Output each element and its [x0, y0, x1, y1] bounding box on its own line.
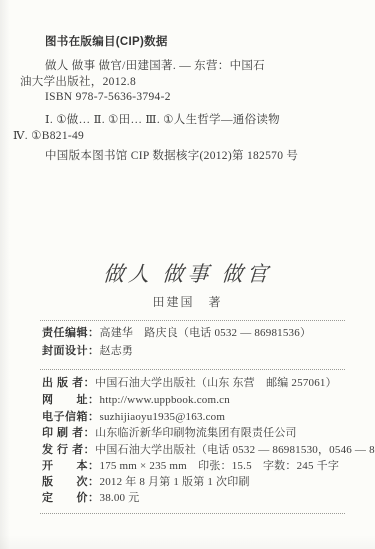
- colophon-row-email: 电子信箱：suzhijiaoyu1935@163.com: [42, 411, 225, 424]
- colophon-row-edition: 版 次：2012 年 8 月第 1 版第 1 次印刷: [42, 476, 250, 489]
- colophon-row-publisher: 出 版 者：中国石油大学出版社（山东 东营 邮编 257061）: [42, 377, 337, 390]
- dotted-divider-bottom: [40, 513, 345, 514]
- book-title: 做人 做事 做官: [0, 261, 375, 287]
- colophon-label: 网 址：: [42, 394, 100, 406]
- colophon-row-website: 网 址：http://www.uppbook.com.cn: [42, 394, 230, 407]
- staff-label: 封面设计：: [42, 345, 100, 357]
- colophon-value: 2012 年 8 月第 1 版第 1 次印刷: [100, 476, 250, 488]
- cip-classification-line2: Ⅳ. ①B821-49: [13, 130, 84, 143]
- colophon-label: 发 行 者：: [42, 444, 95, 456]
- colophon-label: 电子信箱：: [42, 411, 100, 423]
- colophon-value: 175 mm × 235 mm 印张：15.5 字数：245 千字: [100, 460, 340, 472]
- staff-row-cover-design: 封面设计：赵志勇: [42, 345, 133, 358]
- dotted-divider-top: [40, 320, 345, 321]
- colophon-row-price: 定 价：38.00 元: [42, 492, 139, 505]
- email-address: suzhijiaoyu1935@163.com: [100, 411, 226, 423]
- cip-heading: 图书在版编目(CIP)数据: [45, 36, 168, 49]
- cip-isbn: ISBN 978-7-5636-3794-2: [45, 91, 171, 104]
- staff-label: 责任编辑：: [42, 327, 100, 339]
- colophon-value: 山东临沂新华印刷物流集团有限责任公司: [95, 427, 297, 439]
- colophon-label: 开 本：: [42, 460, 100, 472]
- cip-classification-line1: Ⅰ. ①做… Ⅱ. ①田… Ⅲ. ①人生哲学—通俗读物: [45, 114, 280, 127]
- colophon-label: 印 刷 者：: [42, 427, 95, 439]
- staff-value: 高建华 路庆良（电话 0532 — 86981536）: [100, 327, 312, 339]
- staff-value: 赵志勇: [100, 345, 134, 357]
- colophon-value: 38.00 元: [100, 492, 140, 504]
- website-url: http://www.uppbook.com.cn: [100, 394, 230, 406]
- staff-row-editor: 责任编辑：高建华 路庆良（电话 0532 — 86981536）: [42, 327, 311, 340]
- colophon-row-format: 开 本：175 mm × 235 mm 印张：15.5 字数：245 千字: [42, 460, 339, 473]
- colophon-value: 中国石油大学出版社（山东 东营 邮编 257061）: [95, 377, 337, 389]
- cip-record-number: 中国版本图书馆 CIP 数据核字(2012)第 182570 号: [45, 150, 298, 163]
- colophon-row-printer: 印 刷 者：山东临沂新华印刷物流集团有限责任公司: [42, 427, 297, 440]
- copyright-page: 图书在版编目(CIP)数据 做人 做事 做官/田建国著. — 东营：中国石 油大…: [0, 0, 375, 549]
- colophon-label: 版 次：: [42, 476, 100, 488]
- colophon-value: 中国石油大学出版社（电话 0532 — 86981530，0546 — 8392…: [95, 444, 375, 456]
- colophon-label: 出 版 者：: [42, 377, 95, 389]
- book-author: 田建国 著: [0, 293, 375, 310]
- dotted-divider-middle: [40, 369, 345, 370]
- cip-entry-line2: 油大学出版社，2012.8: [20, 76, 136, 89]
- colophon-row-distributor: 发 行 者：中国石油大学出版社（电话 0532 — 86981530，0546 …: [42, 444, 375, 457]
- colophon-label: 定 价：: [42, 492, 100, 504]
- cip-entry-line1: 做人 做事 做官/田建国著. — 东营：中国石: [45, 60, 265, 73]
